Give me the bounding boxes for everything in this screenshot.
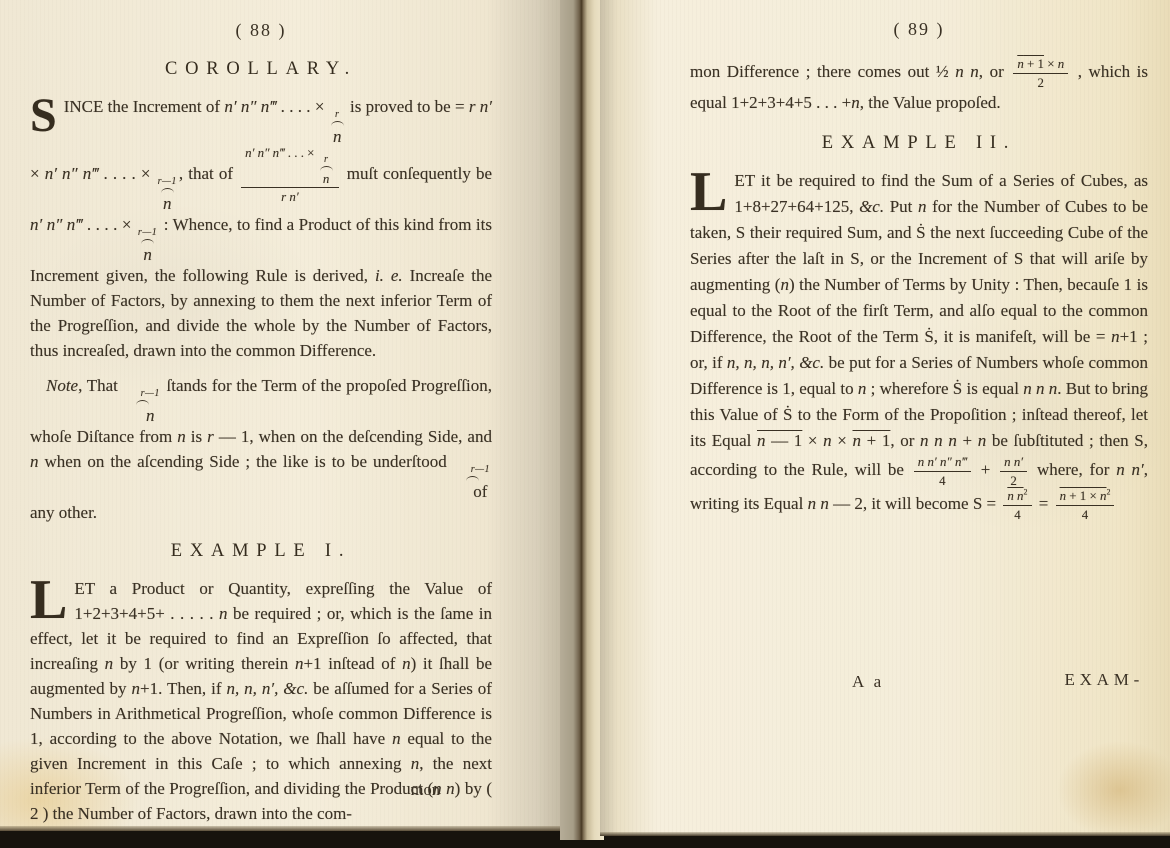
- right-page-text-block: ( 89 ) mon Difference ; there comes out …: [690, 16, 1148, 532]
- paragraph-corollary: SINCE the Increment of n′ n″ n‴ . . . . …: [30, 94, 492, 363]
- left-page-text-block: ( 88 ) COROLLARY. SINCE the Increment of…: [30, 18, 492, 831]
- folio-right: ( 89 ): [690, 16, 1148, 42]
- paragraph-note: Note, That r—1n ſtands for the Term of t…: [30, 373, 492, 525]
- right-page: ( 89 ) mon Difference ; there comes out …: [600, 0, 1170, 836]
- dropcap-l-2: L: [690, 168, 734, 213]
- paragraph-example-2-text: ET it be required to find the Sum of a S…: [690, 171, 1148, 513]
- left-page: ( 88 ) COROLLARY. SINCE the Increment of…: [0, 0, 566, 831]
- paragraph-continuation: mon Difference ; there comes out ½ n n, …: [690, 56, 1148, 116]
- heading-example-1: EXAMPLE I.: [30, 539, 492, 564]
- heading-corollary: COROLLARY.: [30, 57, 492, 82]
- paragraph-corollary-text: INCE the Increment of n′ n″ n‴ . . . . ×…: [30, 97, 492, 360]
- catchword-left: mon: [411, 780, 440, 800]
- book-scan: ( 88 ) COROLLARY. SINCE the Increment of…: [0, 0, 1170, 848]
- book-gutter: [560, 0, 604, 840]
- signature-mark: A a: [852, 672, 884, 692]
- heading-example-2: EXAMPLE II.: [690, 130, 1148, 156]
- dropcap-l-1: L: [30, 576, 74, 621]
- paragraph-example-2: LET it be required to find the Sum of a …: [690, 168, 1148, 522]
- folio-left: ( 88 ): [30, 18, 492, 43]
- catchword-right: EXAM-: [1064, 670, 1144, 690]
- dropcap-s: S: [30, 94, 64, 135]
